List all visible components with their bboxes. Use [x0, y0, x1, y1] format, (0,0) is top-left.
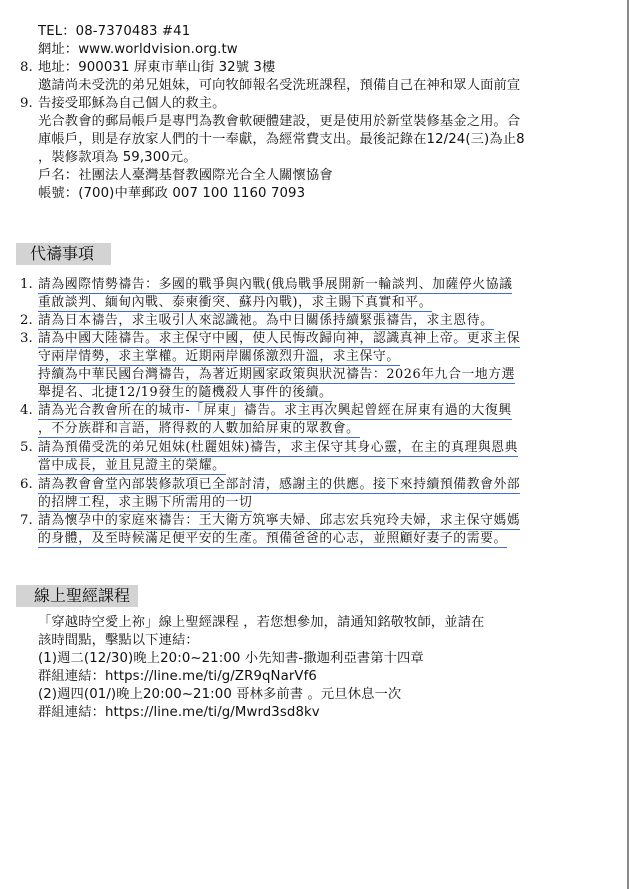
- prayer-item-4-line-2: ，不分族群和言語，將得救的人數加給屏東的眾教會。: [38, 421, 360, 438]
- item-9-number: 9.: [20, 95, 33, 112]
- bank-info-line-3: ，裝修款項為 59,300元。: [38, 149, 197, 166]
- prayer-item-3-number: 3.: [20, 330, 33, 347]
- prayer-item-5-line-2: 當中成長，並且見證主的榮耀。: [38, 458, 226, 475]
- prayer-item-1-line-1: 請為國際情勢禱告：多國的戰爭與內戰(俄烏戰爭展開新一輪談判、加薩停火協議: [38, 277, 512, 294]
- prayer-item-6-line-2: 的招牌工程，求主賜下所需用的一切: [38, 495, 252, 512]
- prayer-item-3-line-4: 舉提名、北捷12/19發生的隨機殺人事件的後續。: [38, 385, 332, 402]
- prayer-item-4-line-1: 請為光合教會所在的城市-「屏東」禱告。求主再次興起曾經在屏東有過的大復興: [38, 403, 512, 420]
- bank-info-line-1: 光合教會的郵局帳戶是專門為教會軟硬體建設，更是使用於新堂裝修基金之用。合: [38, 113, 520, 130]
- prayer-item-5-line-1: 請為預備受洗的弟兄姐妹(杜麗姐妹)禱告，求主保守其身心靈，在主的真理與恩典: [38, 440, 518, 457]
- bible-session-1-link[interactable]: 群組連結：https://line.me/ti/g/ZR9qNarVf6: [38, 668, 317, 685]
- prayer-item-2-number: 2.: [20, 312, 33, 329]
- bank-info-line-2: 庫帳戶，則是存放家人們的十一奉獻，為經常費支出。最後記錄在12/24(三)為止8: [38, 131, 525, 148]
- address-text: 地址：900031 屏東市華山街 32號 3樓: [38, 59, 275, 76]
- prayer-item-6-line-1: 請為教會會堂內部裝修款項已全部討清，感謝主的供應。接下來持續預備教會外部: [38, 477, 520, 494]
- prayer-item-2-line-1: 請為日本禱告，求主吸引人來認識祂。為中日關係持續緊張禱告，求主恩待。: [38, 313, 494, 330]
- bible-course-intro-line-1: 「穿越時空愛上祢」線上聖經課程 ，若您想參加，請通知銘敬牧師，並請在: [38, 614, 484, 631]
- bible-course-heading: 線上聖經課程: [16, 585, 138, 607]
- prayer-item-6-number: 6.: [20, 476, 33, 493]
- prayer-item-5-number: 5.: [20, 439, 33, 456]
- baptism-invite-line-1: 邀請尚未受洗的弟兄姐妹，可向牧師報名受洗班課程，預備自己在神和眾人面前宣: [38, 77, 520, 94]
- tel-text: TEL：08-7370483 #41: [38, 23, 190, 40]
- prayer-item-7-line-2: 的身體，及至時候滿足便平安的生產。預備爸爸的心志，並照顧好妻子的需要。: [38, 531, 507, 548]
- prayer-item-3-line-2: 守兩岸情勢，求主掌權。近期兩岸關係激烈升溫，求主保守。: [38, 349, 400, 366]
- prayer-item-7-line-1: 請為懷孕中的家庭來禱告：王大衛方筑寧夫婦、邱志宏兵宛玲夫婦，求主保守媽媽: [38, 513, 520, 530]
- account-number: 帳號：(700)中華郵政 007 100 1160 7093: [38, 185, 305, 202]
- prayer-item-1-number: 1.: [20, 276, 33, 293]
- bible-session-1: (1)週二(12/30)晚上20:0~21:00 小先知書-撒迦利亞書第十四章: [38, 650, 424, 667]
- prayer-section-heading: 代禱事項: [16, 243, 111, 265]
- bible-session-2-link[interactable]: 群組連結：https://line.me/ti/g/Mwrd3sd8kv: [38, 704, 320, 721]
- baptism-invite-line-2: 告接受耶穌為自己個人的救主。: [38, 95, 226, 112]
- website-text[interactable]: 網址：www.worldvision.org.tw: [38, 41, 238, 58]
- prayer-item-3-line-1: 請為中國大陸禱告。求主保守中國，使人民悔改歸向神，認識真神上帝。更求主保: [38, 331, 520, 348]
- item-8-number: 8.: [20, 59, 33, 76]
- prayer-item-7-number: 7.: [20, 512, 33, 529]
- account-name: 戶名：社團法人臺灣基督教國際光合全人關懷協會: [38, 167, 333, 184]
- prayer-item-1-line-2: 重啟談判、緬甸內戰、泰柬衝突、蘇丹內戰)，求主賜下真實和平。: [38, 295, 432, 312]
- bible-course-intro-line-2: 該時間點，擊點以下連結：: [38, 632, 199, 649]
- prayer-item-3-line-3: 持續為中華民國台灣禱告，為著近期國家政策與狀況禱告：2026年九合一地方選: [38, 367, 515, 384]
- prayer-item-4-number: 4.: [20, 402, 33, 419]
- bible-session-2: (2)週四(01/)晚上20:00~21:00 哥林多前書 。元旦休息一次: [38, 686, 401, 703]
